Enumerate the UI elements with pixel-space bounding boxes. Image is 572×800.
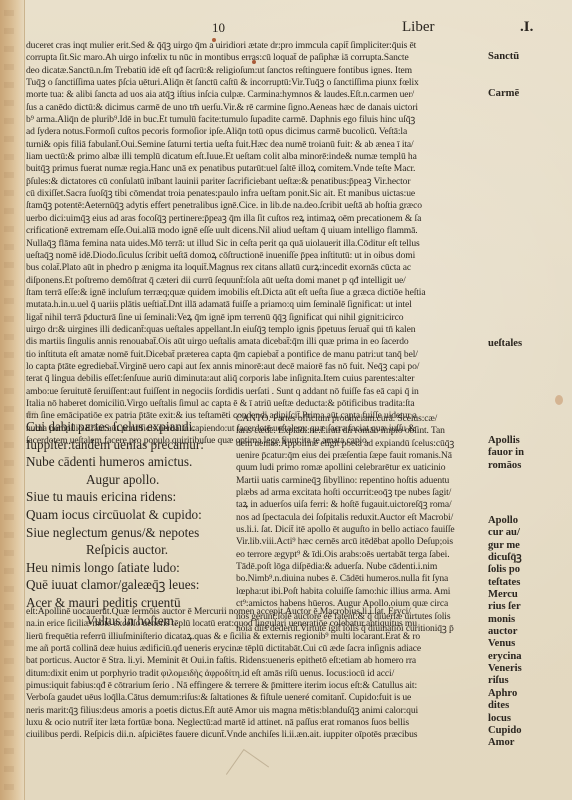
marginal-note: Sanctū [488, 51, 519, 63]
commentary-line: Verboſa gaudet uēus loq̄lla.Cātus demum:… [26, 692, 484, 704]
commentary-line: diſponens.Et poſtremo demōſtrat q̄ cæter… [26, 275, 484, 287]
commentary-line: uenire p̄catur:q̄m eius dei præſentia ſæ… [236, 450, 484, 462]
commentary-line: ſtamq̄ꝫ potentē:Aeternūq̄ꝫ adytis effert… [26, 200, 484, 212]
commentary-line: us.li.i. ſat. Dicit̄ itē apollo ēt auguſ… [236, 524, 484, 536]
marginal-note-line: Mercu [488, 589, 522, 601]
marginal-note-line: Carmē [488, 88, 519, 100]
commentary-line: uerbo dici:uimq̄ꝫ eius ad aras focoſq̄ꝫ … [26, 213, 484, 225]
commentary-bottom-block: eſt:Apollinē uocauerūt.Quæ ſermōis aucto… [26, 606, 484, 742]
commentary-line: crificationē extremam eſſe.Oui.alīā modo… [26, 225, 484, 237]
running-title: Liber [402, 19, 434, 36]
commentary-line: lierū frequētia referrū illiuſminiſterio… [26, 631, 484, 643]
verse-line: Cui dabit partes ſcelus expiandi. [26, 418, 231, 436]
verse-line: Quam iocus circūuolat & cupido: [26, 506, 231, 524]
commentary-line: cū dixiſſet.Sacra ſuoſq̄ꝫ tibi cōmendat … [26, 188, 484, 200]
marginal-note-line: auctor [488, 626, 522, 638]
commentary-line: dis martiis ſingulis annis renouabat̄.Oi… [26, 336, 484, 348]
manuscript-page: 10 Liber .I. duceret cras inqt mulier er… [0, 0, 572, 800]
marginal-note-line: romāos [488, 460, 524, 472]
marginal-note-line: cur au/ [488, 527, 522, 539]
commentary-line: ſaris cædē. Expiādi:ne.ſ.irati dii romāo… [236, 425, 484, 437]
commentary-line: ad ſydera notus.Formoſi cuſtos pecoris f… [26, 126, 484, 138]
marginal-note-line: Amor [488, 737, 522, 749]
paper-crease [226, 749, 269, 792]
commentary-line: nos ad ſpectacula dei ſoſpitalis reduxit… [236, 512, 484, 524]
verse-line: Heu nimis longo ſatiate ludo: [26, 559, 231, 577]
commentary-line: bus colat̄.Plato aūt in phedro p ænigma … [26, 262, 484, 274]
marginal-note-line: gur me [488, 540, 522, 552]
commentary-line: plæbs ad arma excitata hoſti occurrit:eo… [236, 487, 484, 499]
folio-number: 10 [212, 20, 225, 36]
commentary-line: ſus a canēdo dictū:& dicimus carmē de un… [26, 102, 484, 114]
commentary-line: lo capta p̄tāte egrediebat̄.Virginē uero… [26, 361, 484, 373]
marginal-note-line: Apollo [488, 515, 522, 527]
commentary-line: Nullaq̄ꝫ flāma femina nata uides.Mō terr… [26, 238, 484, 250]
commentary-line: Tuq̄ꝫ o ſanctiſſima uates p̄ſcia uēturi.… [26, 77, 484, 89]
marginal-note-line: ueſtales [488, 338, 522, 350]
marginal-note: Apollisfauor inromāos [488, 435, 524, 472]
marginal-note-line: rius ſer [488, 601, 522, 613]
commentary-line: morte tua: & alibi ſancta ad uos aia atq… [26, 89, 484, 101]
marginal-note-line: fauor in [488, 447, 524, 459]
marginal-note-line: Aphro [488, 688, 522, 700]
commentary-line: eo terrore ægypt⁹ & īdi.Ois arabs:oēs ue… [236, 549, 484, 561]
commentary-line: ditum:dixit enim ut porphyrio tradit φιλ… [26, 668, 484, 680]
marginal-note: Apollocur au/gur medicuſq̄ꝫſolis poteſta… [488, 515, 522, 750]
verse-line: Quē iuuat clamor/galeæq̄ꝫ leues: [26, 576, 231, 594]
commentary-line: na.in erice ſiciliæ mōte excelſo ueneris… [26, 618, 484, 630]
paper-stain [555, 395, 563, 405]
commentary-line: mutata.h.in.u.uel q̄ uariis plātis ueſti… [26, 299, 484, 311]
commentary-line: luxu & ocio nutrit̄ iter læta fortūæ bon… [26, 717, 484, 729]
commentary-line: neris marit:q̄ꝫ filius:deus amoris a poe… [26, 705, 484, 717]
commentary-line: tio inſtituta eſt amatæ nomē fuit.Diceba… [26, 349, 484, 361]
verse-line: Reſpicis auctor. [26, 541, 231, 559]
verse-line: Iuppiter:tandem uenias precamur: [26, 436, 231, 454]
commentary-line: ſtam terrā eſſe:& ignē incluſum terræq;q… [26, 287, 484, 299]
commentary-line: taꝝ in aduerſos uiſa ferri: & hoſtē fuga… [236, 499, 484, 511]
commentary-line: bat porticus. Auctor ē Stra. li.yi. Memi… [26, 655, 484, 667]
marginal-note-line: teſtates [488, 577, 522, 589]
commentary-line: dem uenias:Appollinē eligit poeta ad exp… [236, 438, 484, 450]
marginal-note-line: dicuſq̄ꝫ [488, 552, 522, 564]
verse-line: Siue tu mauis ericina ridens: [26, 488, 231, 506]
marginal-note-line: Sanctū [488, 51, 519, 63]
marginal-note-line: riſus [488, 675, 522, 687]
commentary-line: b⁹ arma.Aliq̄n de plurib⁹.Idē in buc.Et … [26, 114, 484, 126]
marginal-note-line: Apollis [488, 435, 524, 447]
commentary-line: quum ludi primo romæ apollini celebrarēt… [236, 462, 484, 474]
ode-verse-block: Cui dabit partes ſcelus expiandi.Iuppite… [26, 418, 231, 629]
commentary-line: CANTO. Partes officium prouinciam.curā. … [236, 413, 484, 425]
marginal-note-line: ſolis po [488, 564, 522, 576]
marginal-note-line: erycina [488, 651, 522, 663]
commentary-line: buitq̄ꝫ primus fuerat numæ regia.Hanc un… [26, 163, 484, 175]
marginal-note: Carmē [488, 88, 519, 100]
commentary-line: corrupta ſit.Sic maro.Ah uirgo infœlix t… [26, 52, 484, 64]
marginal-note-line: locus [488, 713, 522, 725]
commentary-line: Martii uatis carmineq̄ꝫ ſibyllino: repen… [236, 475, 484, 487]
commentary-line: ueſtaq̄ꝫ nomē idē.Diodo.ſiculus ſcribit … [26, 250, 484, 262]
commentary-line: me añ portā collinā deæ huius ædificiū.q… [26, 643, 484, 655]
marginal-note-line: monis [488, 614, 522, 626]
marginal-note-line: dites [488, 700, 522, 712]
book-number: .I. [520, 19, 533, 36]
commentary-line: pimus:iquit fabius:qđ ē cōtrarium ſerio … [26, 680, 484, 692]
marginal-note: ueſtales [488, 338, 522, 350]
commentary-line: terat q̄ lingua debilis eſſet:ſenſuue au… [26, 373, 484, 385]
verse-line: Augur apollo. [26, 471, 231, 489]
commentary-right-block: CANTO. Partes officium prouinciam.curā. … [236, 413, 484, 635]
page-binding-edge [0, 0, 25, 800]
page-header: 10 Liber .I. [0, 20, 572, 36]
commentary-line: liam uectū:& primo albæ illi templū dica… [26, 151, 484, 163]
commentary-line: bo.Nimb⁹.n.diuina nubes ē. Cādēti humero… [236, 573, 484, 585]
marginal-note-line: Cupido [488, 725, 522, 737]
marginal-note-line: Venus [488, 638, 522, 650]
commentary-line: turni& opis filiā fabulant̄.Oui.Semine ſ… [26, 139, 484, 151]
marginal-note-line: Veneris [488, 663, 522, 675]
commentary-top-block: duceret cras inqt mulier erit.Sed & q̄q̄… [26, 40, 484, 447]
commentary-line: Tādē.poſt lōga diſpēdia:& aduerſa. Nube … [236, 561, 484, 573]
commentary-line: eſt:Apollinē uocauerūt.Quæ ſermōis aucto… [26, 606, 484, 618]
commentary-line: duceret cras inqt mulier erit.Sed & q̄q̄… [26, 40, 484, 52]
commentary-line: ciuilibus perdi. Reſpicis dii.n. aſpiciē… [26, 729, 484, 741]
commentary-line: ligat̄ nihil terrā p̄ducturā ſine ui ſem… [26, 312, 484, 324]
verse-line: Nube cādenti humeros amictus. [26, 453, 231, 471]
commentary-line: ambo:ue ſeruitutē ſeruiſſent:aut fuiſſen… [26, 386, 484, 398]
commentary-line: Italia nō haberet domiciliū.Virgo ueſtal… [26, 398, 484, 410]
commentary-line: uirgo dr:& uirgines illi dedicant̄:quas … [26, 324, 484, 336]
commentary-line: Vir.lib.viii.Acti⁹ hæc cernēs arcū itēdē… [236, 536, 484, 548]
verse-line: Siue neglectum genus/& nepotes [26, 524, 231, 542]
commentary-line: p̄ſules:& dictatores cū conſulatū inīban… [26, 176, 484, 188]
commentary-line: deo dicatæ.Sanctū.n.ſm Trebatiū idē eſt … [26, 65, 484, 77]
commentary-line: lœpha:ut ibi.Poſt habita coluiſſe ſamo:h… [236, 586, 484, 598]
